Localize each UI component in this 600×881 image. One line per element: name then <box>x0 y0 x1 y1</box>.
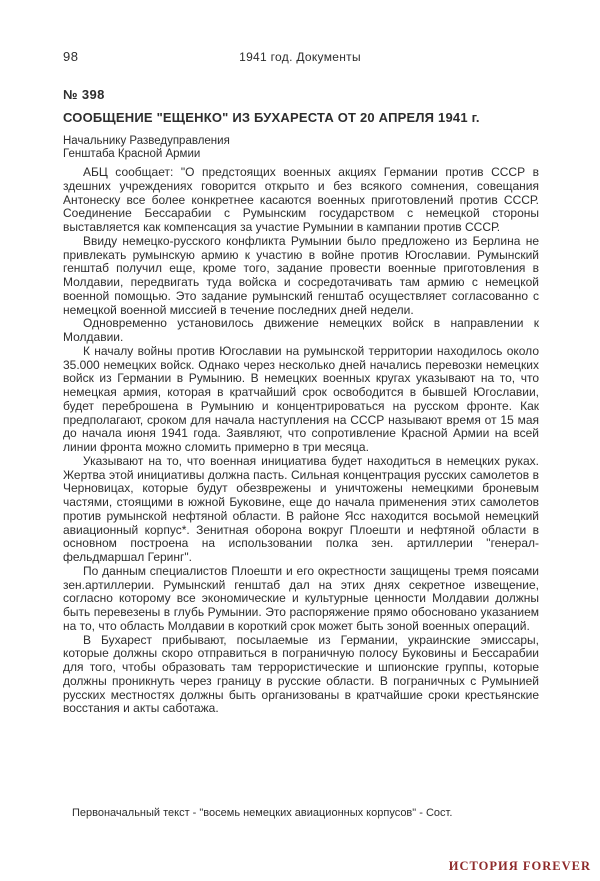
watermark-text: ИСТОРИЯ FOREVER <box>449 859 591 874</box>
running-header: 1941 год. Документы <box>0 50 600 64</box>
document-body: АБЦ сообщает: "О предстоящих военных акц… <box>63 166 539 716</box>
body-paragraph: АБЦ сообщает: "О предстоящих военных акц… <box>63 166 539 235</box>
body-paragraph: Одновременно установилось движение немец… <box>63 317 539 345</box>
body-paragraph: Ввиду немецко-русского конфликта Румынии… <box>63 235 539 318</box>
book-page: 98 1941 год. Документы № 398 СООБЩЕНИЕ "… <box>0 0 600 881</box>
body-paragraph: По данным специалистов Плоешти и его окр… <box>63 565 539 634</box>
body-paragraph: Указывают на то, что военная инициатива … <box>63 455 539 565</box>
addressee-line-2: Генштаба Красной Армии <box>63 148 230 161</box>
addressee-line-1: Начальнику Разведуправления <box>63 135 230 148</box>
footnote: Первоначальный текст - "восемь немецких … <box>72 807 534 820</box>
body-paragraph: В Бухарест прибывают, посылаемые из Герм… <box>63 634 539 717</box>
document-title: СООБЩЕНИЕ "ЕЩЕНКО" ИЗ БУХАРЕСТА ОТ 20 АП… <box>63 110 543 125</box>
addressee-block: Начальнику Разведуправления Генштаба Кра… <box>63 135 230 161</box>
document-number: № 398 <box>63 87 105 102</box>
body-paragraph: К началу войны против Югославии на румын… <box>63 345 539 455</box>
